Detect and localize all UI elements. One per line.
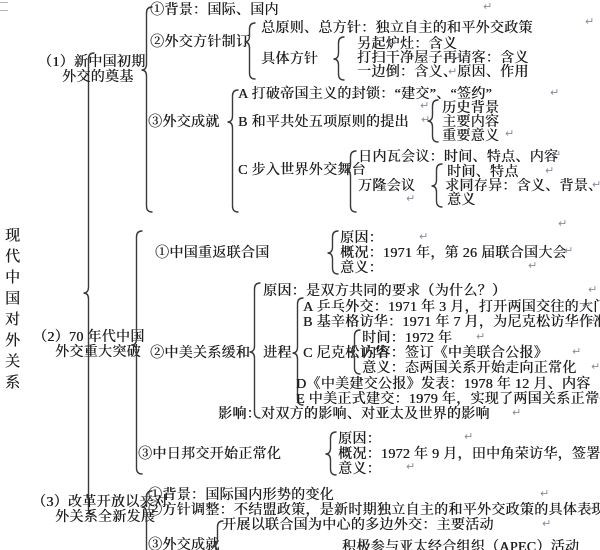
paragraph-return-mark: ↵ bbox=[550, 87, 559, 98]
s2-process-a: A 乒乓外交：1971 年 3 月，打开两国交往的大门 bbox=[303, 300, 600, 315]
s1-concrete-brace bbox=[332, 36, 345, 81]
paragraph-return-mark: ↵ bbox=[452, 52, 461, 63]
s2-return-to-un: ①中国重返联合国 bbox=[155, 246, 269, 261]
paragraph-return-mark: ↵ bbox=[592, 179, 600, 190]
s1-achievements: ③外交成就 bbox=[148, 115, 220, 130]
s2-japan-reason: 原因： bbox=[338, 432, 381, 447]
s1-achievement-b: B 和平共处五项原则的提出 bbox=[238, 115, 409, 130]
s2-nixon-brace bbox=[348, 329, 361, 375]
s1-bandung-item-3: 意义 bbox=[447, 193, 476, 208]
s3-un-multilateral: 开展以联合国为中心的多边外交：主要活动 bbox=[222, 518, 494, 533]
section1-label-line2: 外交的奠基 bbox=[62, 70, 134, 85]
s1-bandung-brace bbox=[430, 163, 443, 208]
s2-nixon-significance: 意义：态两国关系开始走向正常化 bbox=[362, 361, 577, 376]
s1-concrete-item-2: 打扫干净屋子再请客：含义 bbox=[357, 51, 529, 66]
section1-label-line1: （1）新中国初期 bbox=[38, 55, 145, 70]
s3-apec: 积极参与亚太经合组织（APEC）活动 bbox=[342, 540, 579, 550]
paragraph-return-mark: ↵ bbox=[582, 300, 591, 311]
s2-japan-brace bbox=[324, 431, 337, 476]
s1-policy-making: ②外交方针制订 bbox=[150, 35, 250, 50]
paragraph-return-mark: ↵ bbox=[420, 100, 429, 111]
section2-brace bbox=[130, 230, 143, 475]
s2-process-b: B 基辛格访华：1971 年 7 月，为尼克松访华作准 bbox=[303, 315, 600, 330]
s1-concrete-item-3: 一边倒：含义、原因、作用 bbox=[357, 65, 529, 80]
paragraph-return-mark: ↵ bbox=[545, 165, 554, 176]
mindmap-page: 现代中国对外关系 （1）新中国初期 外交的奠基 ①背景：国际、国内 ②外交方针制… bbox=[0, 0, 600, 550]
s1-b-item-1: 历史背景 bbox=[442, 101, 499, 116]
paragraph-return-mark: ↵ bbox=[585, 16, 594, 27]
s1-c-brace bbox=[344, 150, 357, 213]
s1-concrete-item-1: 另起炉灶：含义 bbox=[357, 37, 457, 52]
paragraph-return-mark: ↵ bbox=[540, 488, 549, 499]
s1-concrete-policy: 具体方针 bbox=[261, 52, 318, 67]
s1-achievement-a: A 打破帝国主义的封锁：“建交”、“签约” bbox=[238, 87, 492, 102]
s2-process-e: E 中美正式建交：1979 年，实现了两国关系正常化 bbox=[296, 392, 600, 407]
paragraph-return-mark: ↵ bbox=[406, 193, 415, 204]
s2-un-reason: 原因： bbox=[340, 231, 383, 246]
s1-achievements-brace bbox=[226, 89, 239, 213]
paragraph-return-mark: ↵ bbox=[476, 331, 485, 342]
s2-process-d: D《中美建交公报》发表：1978 年 12 月、内容 bbox=[296, 377, 590, 392]
paragraph-return-mark: ↵ bbox=[558, 218, 567, 229]
s3-policy-adjustment: ②方针调整：不结盟政策，是新时期独立自主的和平外交政策的具体表现 bbox=[148, 503, 600, 518]
s2-japan-overview: 概况：1972 年 9 月，田中角荣访华，签署建外交声明 bbox=[338, 447, 600, 462]
s2-un-brace bbox=[326, 230, 339, 275]
s2-us-process: 进程 bbox=[263, 346, 292, 361]
section2-label-line1: （2）70 年代中国 bbox=[33, 330, 145, 345]
paragraph-return-mark: ↵ bbox=[587, 315, 596, 326]
root-topic-label: 现代中国对外关系 bbox=[4, 226, 21, 394]
paragraph-return-mark: ↵ bbox=[505, 128, 514, 139]
paragraph-return-mark: ↵ bbox=[572, 346, 581, 357]
paragraph-return-mark: ↵ bbox=[483, 1, 492, 12]
paragraph-return-mark: ↵ bbox=[512, 407, 521, 418]
s2-us-impact: 影响：对双方的影响、对亚太及世界的影响 bbox=[218, 407, 490, 422]
paragraph-return-mark: ↵ bbox=[464, 431, 473, 442]
paragraph-return-mark: ↵ bbox=[421, 114, 430, 125]
s2-japan-significance: 意义： bbox=[338, 462, 381, 477]
s3-background: ①背景：国际国内形势的变化 bbox=[148, 488, 334, 503]
paragraph-return-mark: ↵ bbox=[542, 518, 551, 529]
root-brace bbox=[82, 52, 95, 516]
paragraph-return-mark: ↵ bbox=[564, 245, 573, 256]
s2-un-significance: 意义： bbox=[340, 261, 383, 276]
paragraph-return-mark: ↵ bbox=[448, 66, 457, 77]
s1-general-principle: 总原则、总方针：独立自主的和平外交政策 bbox=[261, 21, 533, 36]
section2-label-line2: 外交重大突破 bbox=[55, 345, 141, 360]
paragraph-return-mark: ↵ bbox=[528, 260, 537, 271]
paragraph-return-mark: ↵ bbox=[552, 149, 561, 160]
s1-b-item-3: 重要意义 bbox=[442, 129, 499, 144]
s2-china-us-detente: ②中美关系缓和 bbox=[150, 346, 250, 361]
paragraph-return-mark: ↵ bbox=[587, 503, 596, 514]
paragraph-return-mark: ↵ bbox=[406, 461, 415, 472]
s1-b-item-2: 主要内容 bbox=[442, 115, 499, 130]
s1-bandung-item-2: 求同存异：含义、背景、影响 bbox=[445, 179, 600, 194]
s2-us-brace bbox=[248, 282, 261, 419]
paragraph-return-mark: ↵ bbox=[419, 231, 428, 242]
paragraph-return-mark: ↵ bbox=[588, 284, 597, 295]
paragraph-return-mark: ↵ bbox=[591, 361, 600, 372]
paragraph-return-mark: ↵ bbox=[591, 392, 600, 403]
s1-bandung-item-1: 时间、特点 bbox=[447, 165, 519, 180]
s2-china-japan: ③中日邦交开始正常化 bbox=[138, 447, 281, 462]
s1-geneva-conference: 日内瓦会议：时间、特点、内容 bbox=[358, 150, 558, 165]
s3-achievements: ③外交成就 bbox=[148, 538, 220, 550]
s1-policy-brace bbox=[243, 22, 256, 80]
paragraph-return-mark: ↵ bbox=[388, 38, 397, 49]
scan-artifact bbox=[0, 2, 8, 11]
s1-background: ①背景：国际、国内 bbox=[150, 3, 279, 18]
s2-nixon-time: 时间：1972 年 bbox=[362, 331, 452, 346]
s2-nixon-content: 内容：签订《中美联合公报》 bbox=[362, 346, 548, 361]
